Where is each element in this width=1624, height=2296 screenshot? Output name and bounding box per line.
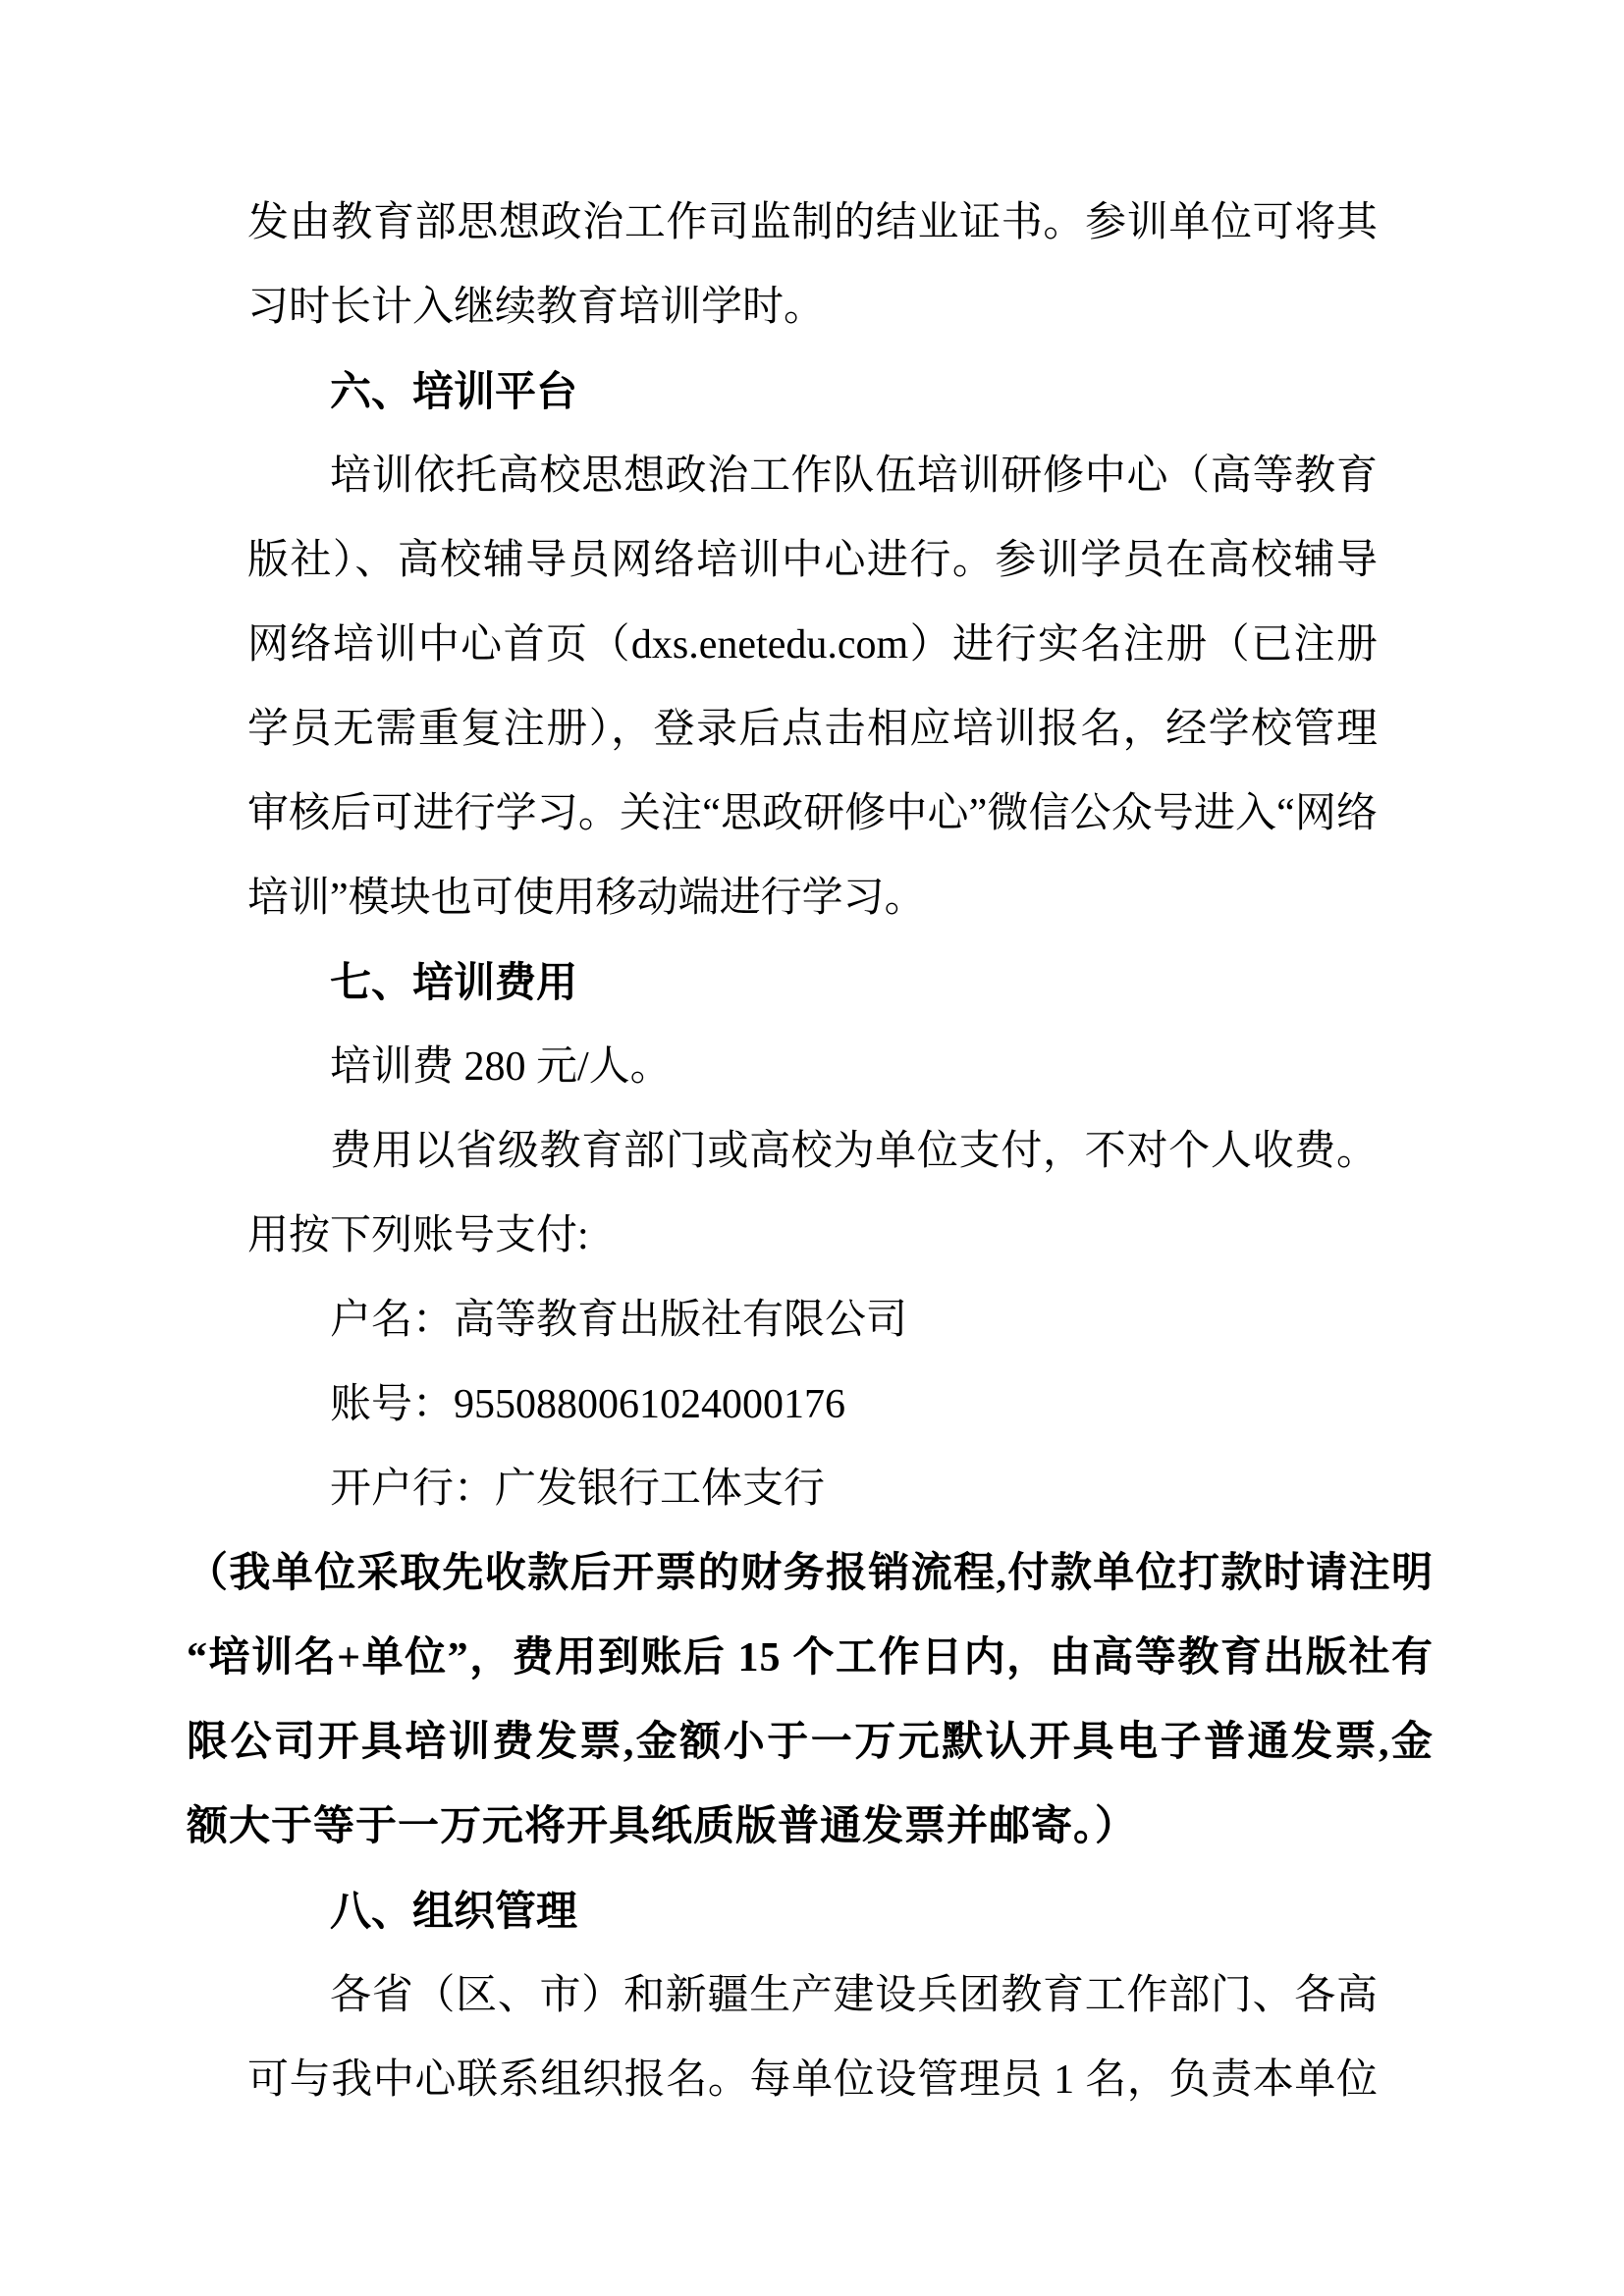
text-line: 培训”模块也可使用移动端进行学习。 <box>247 856 1378 940</box>
text-line: 发由教育部思想政治工作司监制的结业证书。参训单位可将其学 <box>247 181 1378 265</box>
paragraph: 发由教育部思想政治工作司监制的结业证书。参训单位可将其学习时长计入继续教育培训学… <box>187 181 1434 349</box>
paragraph: 各省（区、市）和新疆生产建设兵团教育工作部门、各高校可与我中心联系组织报名。每单… <box>187 1953 1434 2122</box>
paragraph: 账号：9550880061024000176 <box>187 1362 1434 1447</box>
section-heading: 八、组织管理 <box>187 1869 1434 1953</box>
paragraph: 培训依托高校思想政治工作队伍培训研修中心（高等教育出版社）、高校辅导员网络培训中… <box>187 434 1434 940</box>
paragraph: 费用以省级教育部门或高校为单位支付，不对个人收费。费用按下列账号支付: <box>187 1109 1434 1278</box>
text-line: 审核后可进行学习。关注“思政研修中心”微信公众号进入“网络 <box>247 772 1378 856</box>
finance-note-paragraph: （我单位采取先收款后开票的财务报销流程,付款单位打款时请注明“培训名+单位”，费… <box>187 1531 1434 1869</box>
text-line: 户名：高等教育出版社有限公司 <box>247 1278 1378 1362</box>
text-line: 用按下列账号支付: <box>247 1194 1378 1278</box>
section-heading: 六、培训平台 <box>187 349 1434 434</box>
text-line: 版社）、高校辅导员网络培训中心进行。参训学员在高校辅导员 <box>247 518 1378 603</box>
text-line: 八、组织管理 <box>247 1869 1434 1953</box>
text-line: 可与我中心联系组织报名。每单位设管理员 1 名，负责本单位教 <box>247 2038 1378 2122</box>
text-line: 开户行：广发银行工体支行 <box>247 1447 1378 1531</box>
text-line: 限公司开具培训费发票,金额小于一万元默认开具电子普通发票,金 <box>187 1700 1434 1785</box>
text-line: 六、培训平台 <box>247 349 1434 434</box>
text-line: 七、培训费用 <box>247 940 1434 1025</box>
document-page: 发由教育部思想政治工作司监制的结业证书。参训单位可将其学习时长计入继续教育培训学… <box>0 0 1624 2296</box>
text-line: （我单位采取先收款后开票的财务报销流程,付款单位打款时请注明 <box>187 1531 1434 1616</box>
text-line: 习时长计入继续教育培训学时。 <box>247 265 1378 349</box>
text-line: 费用以省级教育部门或高校为单位支付，不对个人收费。费 <box>247 1109 1378 1194</box>
text-line: 各省（区、市）和新疆生产建设兵团教育工作部门、各高校 <box>247 1953 1378 2038</box>
text-line: 网络培训中心首页（dxs.enetedu.com）进行实名注册（已注册的 <box>247 603 1378 687</box>
paragraph: 培训费 280 元/人。 <box>187 1025 1434 1109</box>
paragraph: 户名：高等教育出版社有限公司 <box>187 1278 1434 1362</box>
text-line: 学员无需重复注册），登录后点击相应培训报名，经学校管理员 <box>247 687 1378 772</box>
paragraph: 开户行：广发银行工体支行 <box>187 1447 1434 1531</box>
text-line: 培训费 280 元/人。 <box>247 1025 1378 1109</box>
text-line: 培训依托高校思想政治工作队伍培训研修中心（高等教育出 <box>247 434 1378 518</box>
section-heading: 七、培训费用 <box>187 940 1434 1025</box>
text-line: 账号：9550880061024000176 <box>247 1362 1378 1447</box>
text-line: 额大于等于一万元将开具纸质版普通发票并邮寄。） <box>187 1785 1434 1869</box>
text-line: “培训名+单位”，费用到账后 15 个工作日内，由高等教育出版社有 <box>187 1616 1434 1700</box>
page-content: 发由教育部思想政治工作司监制的结业证书。参训单位可将其学习时长计入继续教育培训学… <box>187 181 1434 2122</box>
